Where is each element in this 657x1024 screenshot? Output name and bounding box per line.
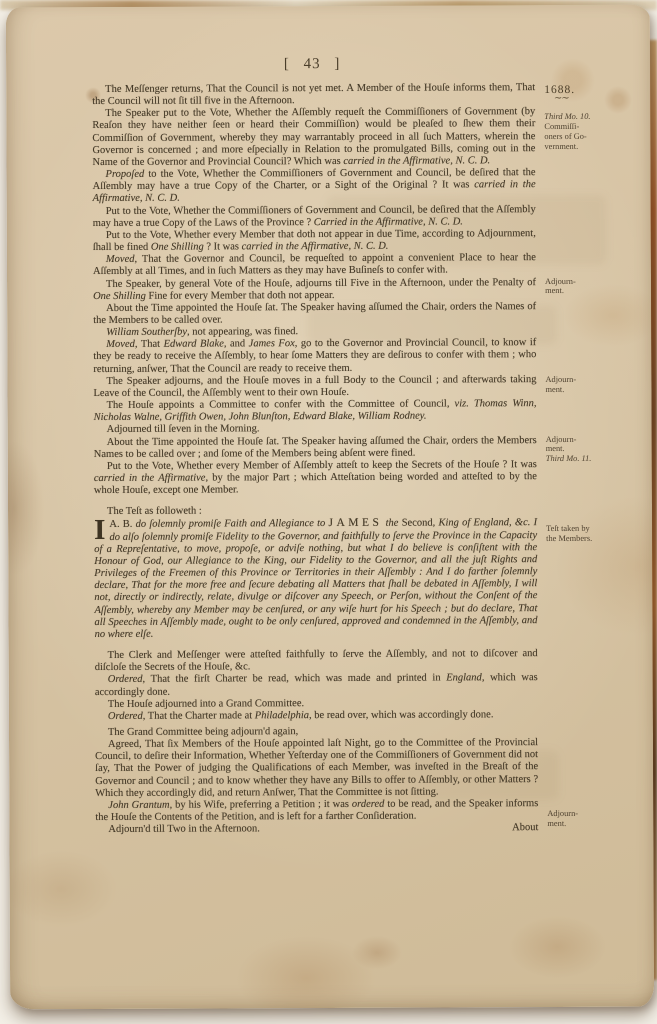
margin-note-line: Adjourn- <box>545 375 607 385</box>
paragraph-speaker-adjourns-full-body: The Speaker adjourns, and the Houſe move… <box>93 374 536 400</box>
paragraph-moved-blake-fox: Moved, That Edward Blake, and James Fox,… <box>93 337 536 375</box>
text-block: The Meſſenger returns, That the Council … <box>92 82 538 836</box>
margin-note: Third Mo. 10.Commiſſi-oners of Go-vernme… <box>544 112 606 152</box>
paragraph-speaker-adjourns-five: The Speaker, by general Vote of the Houſ… <box>93 277 536 303</box>
paragraph-vote-laws-copy: Put to the Vote, Whether the Commiſſione… <box>93 204 536 230</box>
margin-note-line: Adjourn- <box>547 809 609 819</box>
margin-note-line: ment. <box>547 819 609 829</box>
margin-note-line: ment. <box>545 384 607 394</box>
kings-name: JAMES <box>328 517 382 529</box>
margin-note: Teſt taken bythe Members. <box>546 524 608 544</box>
margin-note-line: Third Mo. 10. <box>544 112 606 122</box>
paragraph-house-sat-absent-fined: About the Time appointed the Houſe ſat. … <box>94 435 537 461</box>
margin-note: Adjourn-ment. <box>547 809 609 829</box>
paragraph-test-oath: IA. B. do ſolemnly promiſe Faith and All… <box>94 517 538 641</box>
year-margin-note: 1688.∼∼ <box>544 86 606 102</box>
margin-note-line: Teſt taken by <box>546 524 608 534</box>
margin-note-line: Commiſſi- <box>544 122 606 132</box>
margin-note-line: Adjourn- <box>546 434 608 444</box>
margin-note: Adjourn-ment. <box>545 276 607 296</box>
margin-note-line: the Members. <box>546 534 608 544</box>
margin-note-line: Adjourn- <box>545 276 607 286</box>
document-page: [ 43 ] The Meſſenger returns, That the C… <box>6 5 654 1010</box>
paragraph-ordered-first-charter: Ordered, That the firſt Charter be read,… <box>95 672 538 698</box>
paragraph-agreed-six-members: Agreed, That ſix Members of the Houſe ap… <box>95 737 538 800</box>
margin-note-line: oners of Go- <box>544 132 606 142</box>
paragraph-vote-fine-shilling: Put to the Vote, Whether every Member th… <box>93 228 536 254</box>
paragraph-committee-appointed: The Houſe appoints a Committee to confer… <box>94 398 537 424</box>
paragraph-messenger-returns: The Meſſenger returns, That the Council … <box>92 82 535 108</box>
paragraph-proposed-charter-copy: Propoſed to the Vote, Whether the Commiſ… <box>93 167 536 205</box>
margin-note: Adjourn-ment. <box>545 375 607 395</box>
catchword: About <box>512 822 538 834</box>
dropcap-initial: I <box>94 518 109 541</box>
margin-note-line: Third Mo. 11. <box>546 454 608 464</box>
paragraph-vote-keep-secrets: Put to the Vote, Whether every Member of… <box>94 459 537 497</box>
year-ornament: ∼∼ <box>544 96 578 102</box>
paragraph-clerk-messenger-attested: The Clerk and Meſſenger were atteſted fa… <box>95 648 538 674</box>
page-number: [ 43 ] <box>90 55 534 74</box>
paragraph-moved-convenient-place: Moved, That the Governor and Council, be… <box>93 252 536 278</box>
paragraph-speaker-vote-commissioners: The Speaker put to the Vote, Whether the… <box>92 106 535 169</box>
margin-note-line: ment. <box>546 444 608 454</box>
paragraph-grantum-petition: John Grantum, by his Wife, preferring a … <box>95 798 538 824</box>
margin-note-line: vernment. <box>544 142 606 152</box>
paragraph-adjourned-two-afternoon: AboutAdjourn'd till Two in the Afternoon… <box>95 822 538 836</box>
margin-note: Adjourn-ment.Third Mo. 11. <box>546 434 608 464</box>
margin-note-line: ment. <box>545 286 607 296</box>
paragraph-house-sat-names-called: About the Time appointed the Houſe ſat. … <box>93 301 536 327</box>
paragraph-ordered-philadelphia-charter: Ordered, That the Charter made at Philad… <box>95 709 538 723</box>
